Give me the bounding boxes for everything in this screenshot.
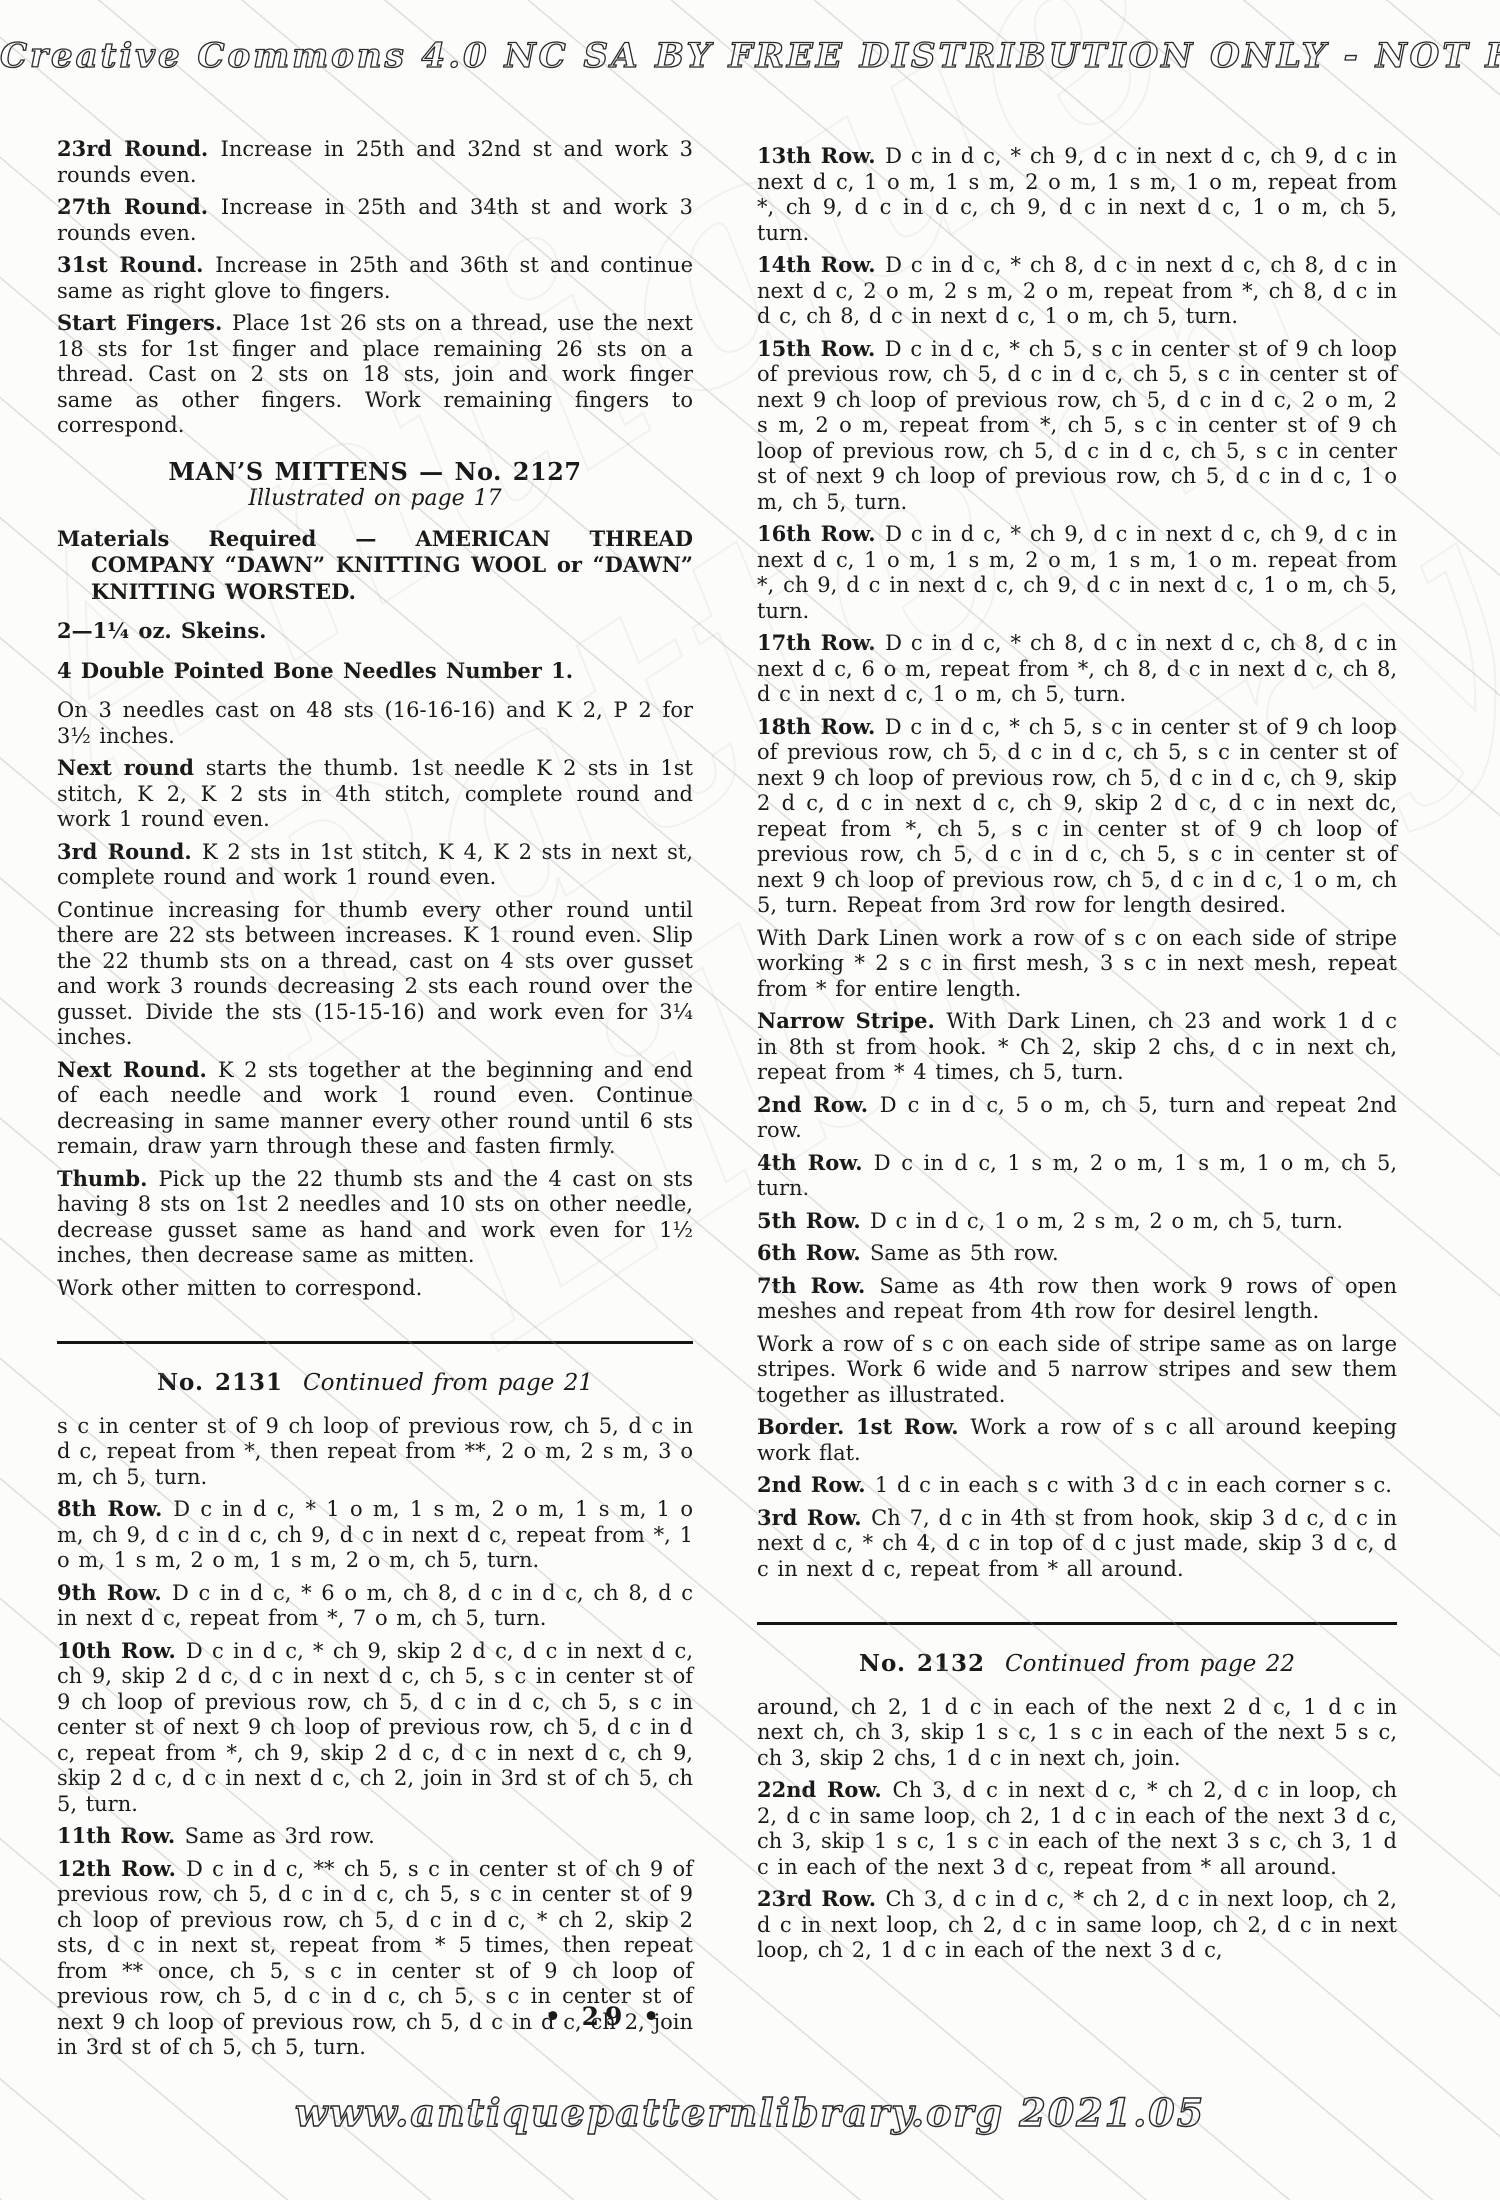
- pattern-paragraph: 13th Row. D c in d c, * ch 9, d c in nex…: [757, 143, 1397, 246]
- pattern-paragraph: 4 Double Pointed Bone Needles Number 1.: [57, 658, 693, 685]
- pattern-paragraph: 10th Row. D c in d c, * ch 9, skip 2 d c…: [57, 1638, 693, 1818]
- paragraph-label: Start Fingers.: [57, 310, 232, 335]
- pattern-paragraph: 16th Row. D c in d c, * ch 9, d c in nex…: [757, 521, 1397, 624]
- paragraph-label: Next round: [57, 755, 206, 780]
- pattern-paragraph: Thumb. Pick up the 22 thumb sts and the …: [57, 1166, 693, 1269]
- paragraph-label: 5th Row.: [757, 1208, 870, 1233]
- paragraph-label: Thumb.: [57, 1166, 159, 1191]
- pattern-paragraph: On 3 needles cast on 48 sts (16-16-16) a…: [57, 697, 693, 749]
- pattern-paragraph: 22nd Row. Ch 3, d c in next d c, * ch 2,…: [757, 1777, 1397, 1880]
- section-heading: No. 2131Continued from page 21: [57, 1370, 693, 1397]
- paragraph-text: Continue increasing for thumb every othe…: [57, 898, 693, 1050]
- paragraph-label: 11th Row.: [57, 1823, 185, 1848]
- paragraph-label: 3rd Round.: [57, 839, 202, 864]
- paragraph-label: 13th Row.: [757, 143, 885, 168]
- paragraph-label: 23rd Round.: [57, 136, 221, 161]
- scanned-page: Creative Commons 4.0 NC SA BY FREE DISTR…: [0, 0, 1500, 2200]
- paragraph-label: 3rd Row.: [757, 1505, 871, 1530]
- pattern-paragraph: Border. 1st Row. Work a row of s c all a…: [757, 1414, 1397, 1466]
- pattern-paragraph: 3rd Row. Ch 7, d c in 4th st from hook, …: [757, 1505, 1397, 1583]
- pattern-paragraph: 6th Row. Same as 5th row.: [757, 1240, 1397, 1267]
- pattern-paragraph: 9th Row. D c in d c, * 6 o m, ch 8, d c …: [57, 1580, 693, 1632]
- pattern-paragraph: 31st Round. Increase in 25th and 36th st…: [57, 252, 693, 304]
- paragraph-text: With Dark Linen work a row of s c on eac…: [757, 926, 1397, 1001]
- paragraph-text: D c in d c, * ch 9, skip 2 d c, d c in n…: [57, 1639, 693, 1816]
- paragraph-text: s c in center st of 9 ch loop of previou…: [57, 1414, 693, 1489]
- paragraph-label: 27th Round.: [57, 194, 221, 219]
- pattern-paragraph: Narrow Stripe. With Dark Linen, ch 23 an…: [757, 1008, 1397, 1086]
- paragraph-text: D c in d c, * ch 5, s c in center st of …: [757, 715, 1397, 918]
- pattern-paragraph: 2nd Row. 1 d c in each s c with 3 d c in…: [757, 1472, 1397, 1499]
- paragraph-label: 22nd Row.: [757, 1777, 893, 1802]
- paragraph-label: 17th Row.: [757, 630, 885, 655]
- column-rule: [57, 1341, 693, 1344]
- paragraph-text: On 3 needles cast on 48 sts (16-16-16) a…: [57, 698, 693, 748]
- paragraph-label: Narrow Stripe.: [757, 1008, 946, 1033]
- pattern-paragraph: 7th Row. Same as 4th row then work 9 row…: [757, 1273, 1397, 1325]
- paragraph-label: 12th Row.: [57, 1856, 186, 1881]
- paragraph-label: 8th Row.: [57, 1496, 173, 1521]
- paragraph-label: 23rd Row.: [757, 1886, 885, 1911]
- pattern-paragraph: 15th Row. D c in d c, * ch 5, s c in cen…: [757, 336, 1397, 516]
- paragraph-label: 6th Row.: [757, 1240, 870, 1265]
- paragraph-label: 14th Row.: [757, 252, 885, 277]
- pattern-paragraph: 17th Row. D c in d c, * ch 8, d c in nex…: [757, 630, 1397, 708]
- pattern-paragraph: 18th Row. D c in d c, * ch 5, s c in cen…: [757, 714, 1397, 919]
- paragraph-text: D c in d c, 1 o m, 2 s m, 2 o m, ch 5, t…: [870, 1209, 1343, 1233]
- pattern-paragraph: Work other mitten to correspond.: [57, 1275, 693, 1302]
- paragraph-text: Same as 3rd row.: [185, 1824, 375, 1848]
- paragraph-text: Work a row of s c on each side of stripe…: [757, 1332, 1397, 1407]
- paragraph-text: around, ch 2, 1 d c in each of the next …: [757, 1695, 1397, 1770]
- section-number: No. 2131: [157, 1369, 283, 1396]
- right-column: 13th Row. D c in d c, * ch 9, d c in nex…: [757, 143, 1397, 1970]
- left-column: 23rd Round. Increase in 25th and 32nd st…: [57, 136, 693, 2067]
- pattern-paragraph: s c in center st of 9 ch loop of previou…: [57, 1413, 693, 1491]
- paragraph-label: 10th Row.: [57, 1638, 186, 1663]
- paragraph-label: 4th Row.: [757, 1150, 874, 1175]
- paragraph-label: 7th Row.: [757, 1273, 879, 1298]
- paragraph-label: 16th Row.: [757, 521, 885, 546]
- paragraph-label: 31st Round.: [57, 252, 215, 277]
- page-number: • 29 •: [0, 2002, 1210, 2031]
- pattern-paragraph: Next Round. K 2 sts together at the begi…: [57, 1057, 693, 1160]
- paragraph-text: Same as 5th row.: [870, 1241, 1059, 1265]
- column-rule: [757, 1622, 1397, 1625]
- paragraph-label: 2nd Row.: [757, 1472, 875, 1497]
- section-heading: No. 2132Continued from page 22: [757, 1651, 1397, 1678]
- paragraph-label: 18th Row.: [757, 714, 885, 739]
- pattern-paragraph: Work a row of s c on each side of stripe…: [757, 1331, 1397, 1409]
- pattern-paragraph: around, ch 2, 1 d c in each of the next …: [757, 1694, 1397, 1772]
- pattern-paragraph: 27th Round. Increase in 25th and 34th st…: [57, 194, 693, 246]
- pattern-paragraph: 11th Row. Same as 3rd row.: [57, 1823, 693, 1850]
- pattern-paragraph: 2nd Row. D c in d c, 5 o m, ch 5, turn a…: [757, 1092, 1397, 1144]
- pattern-paragraph: 8th Row. D c in d c, * 1 o m, 1 s m, 2 o…: [57, 1496, 693, 1574]
- paragraph-label: 15th Row.: [757, 336, 885, 361]
- pattern-paragraph: 2—1¼ oz. Skeins.: [57, 618, 693, 645]
- site-imprint: www.antiquepatternlibrary.org 2021.05: [0, 2090, 1500, 2135]
- pattern-paragraph: 14th Row. D c in d c, * ch 8, d c in nex…: [757, 252, 1397, 330]
- article-title: MAN’S MITTENS — No. 2127: [57, 459, 693, 485]
- paragraph-label: Border. 1st Row.: [757, 1414, 970, 1439]
- pattern-paragraph: 23rd Round. Increase in 25th and 32nd st…: [57, 136, 693, 188]
- pattern-paragraph: With Dark Linen work a row of s c on eac…: [757, 925, 1397, 1003]
- section-continued-note: Continued from page 21: [303, 1370, 593, 1396]
- section-continued-note: Continued from page 22: [1005, 1651, 1295, 1677]
- page: { "header": { "notice": "Creative Common…: [0, 0, 1500, 2200]
- paragraph-text: Work other mitten to correspond.: [57, 1276, 422, 1300]
- section-number: No. 2132: [859, 1650, 985, 1677]
- pattern-paragraph: 5th Row. D c in d c, 1 o m, 2 s m, 2 o m…: [757, 1208, 1397, 1235]
- paragraph-text: 1 d c in each s c with 3 d c in each cor…: [875, 1473, 1392, 1497]
- pattern-paragraph: Next round starts the thumb. 1st needle …: [57, 755, 693, 833]
- paragraph-label: Materials Required — AMERICAN THREAD COM…: [57, 526, 693, 604]
- pattern-paragraph: 4th Row. D c in d c, 1 s m, 2 o m, 1 s m…: [757, 1150, 1397, 1202]
- creative-commons-notice: Creative Commons 4.0 NC SA BY FREE DISTR…: [0, 36, 1500, 76]
- paragraph-label: Next Round.: [57, 1057, 218, 1082]
- paragraph-label: 2—1¼ oz. Skeins.: [57, 618, 266, 643]
- paragraph-label: 4 Double Pointed Bone Needles Number 1.: [57, 658, 573, 683]
- paragraph-text: D c in d c, * ch 5, s c in center st of …: [757, 337, 1397, 514]
- materials-paragraph: Materials Required — AMERICAN THREAD COM…: [57, 526, 693, 606]
- pattern-paragraph: Continue increasing for thumb every othe…: [57, 897, 693, 1051]
- pattern-paragraph: 23rd Row. Ch 3, d c in d c, * ch 2, d c …: [757, 1886, 1397, 1964]
- paragraph-label: 9th Row.: [57, 1580, 172, 1605]
- pattern-paragraph: 3rd Round. K 2 sts in 1st stitch, K 4, K…: [57, 839, 693, 891]
- pattern-paragraph: Start Fingers. Place 1st 26 sts on a thr…: [57, 310, 693, 439]
- article-subtitle: Illustrated on page 17: [57, 486, 693, 512]
- paragraph-label: 2nd Row.: [757, 1092, 880, 1117]
